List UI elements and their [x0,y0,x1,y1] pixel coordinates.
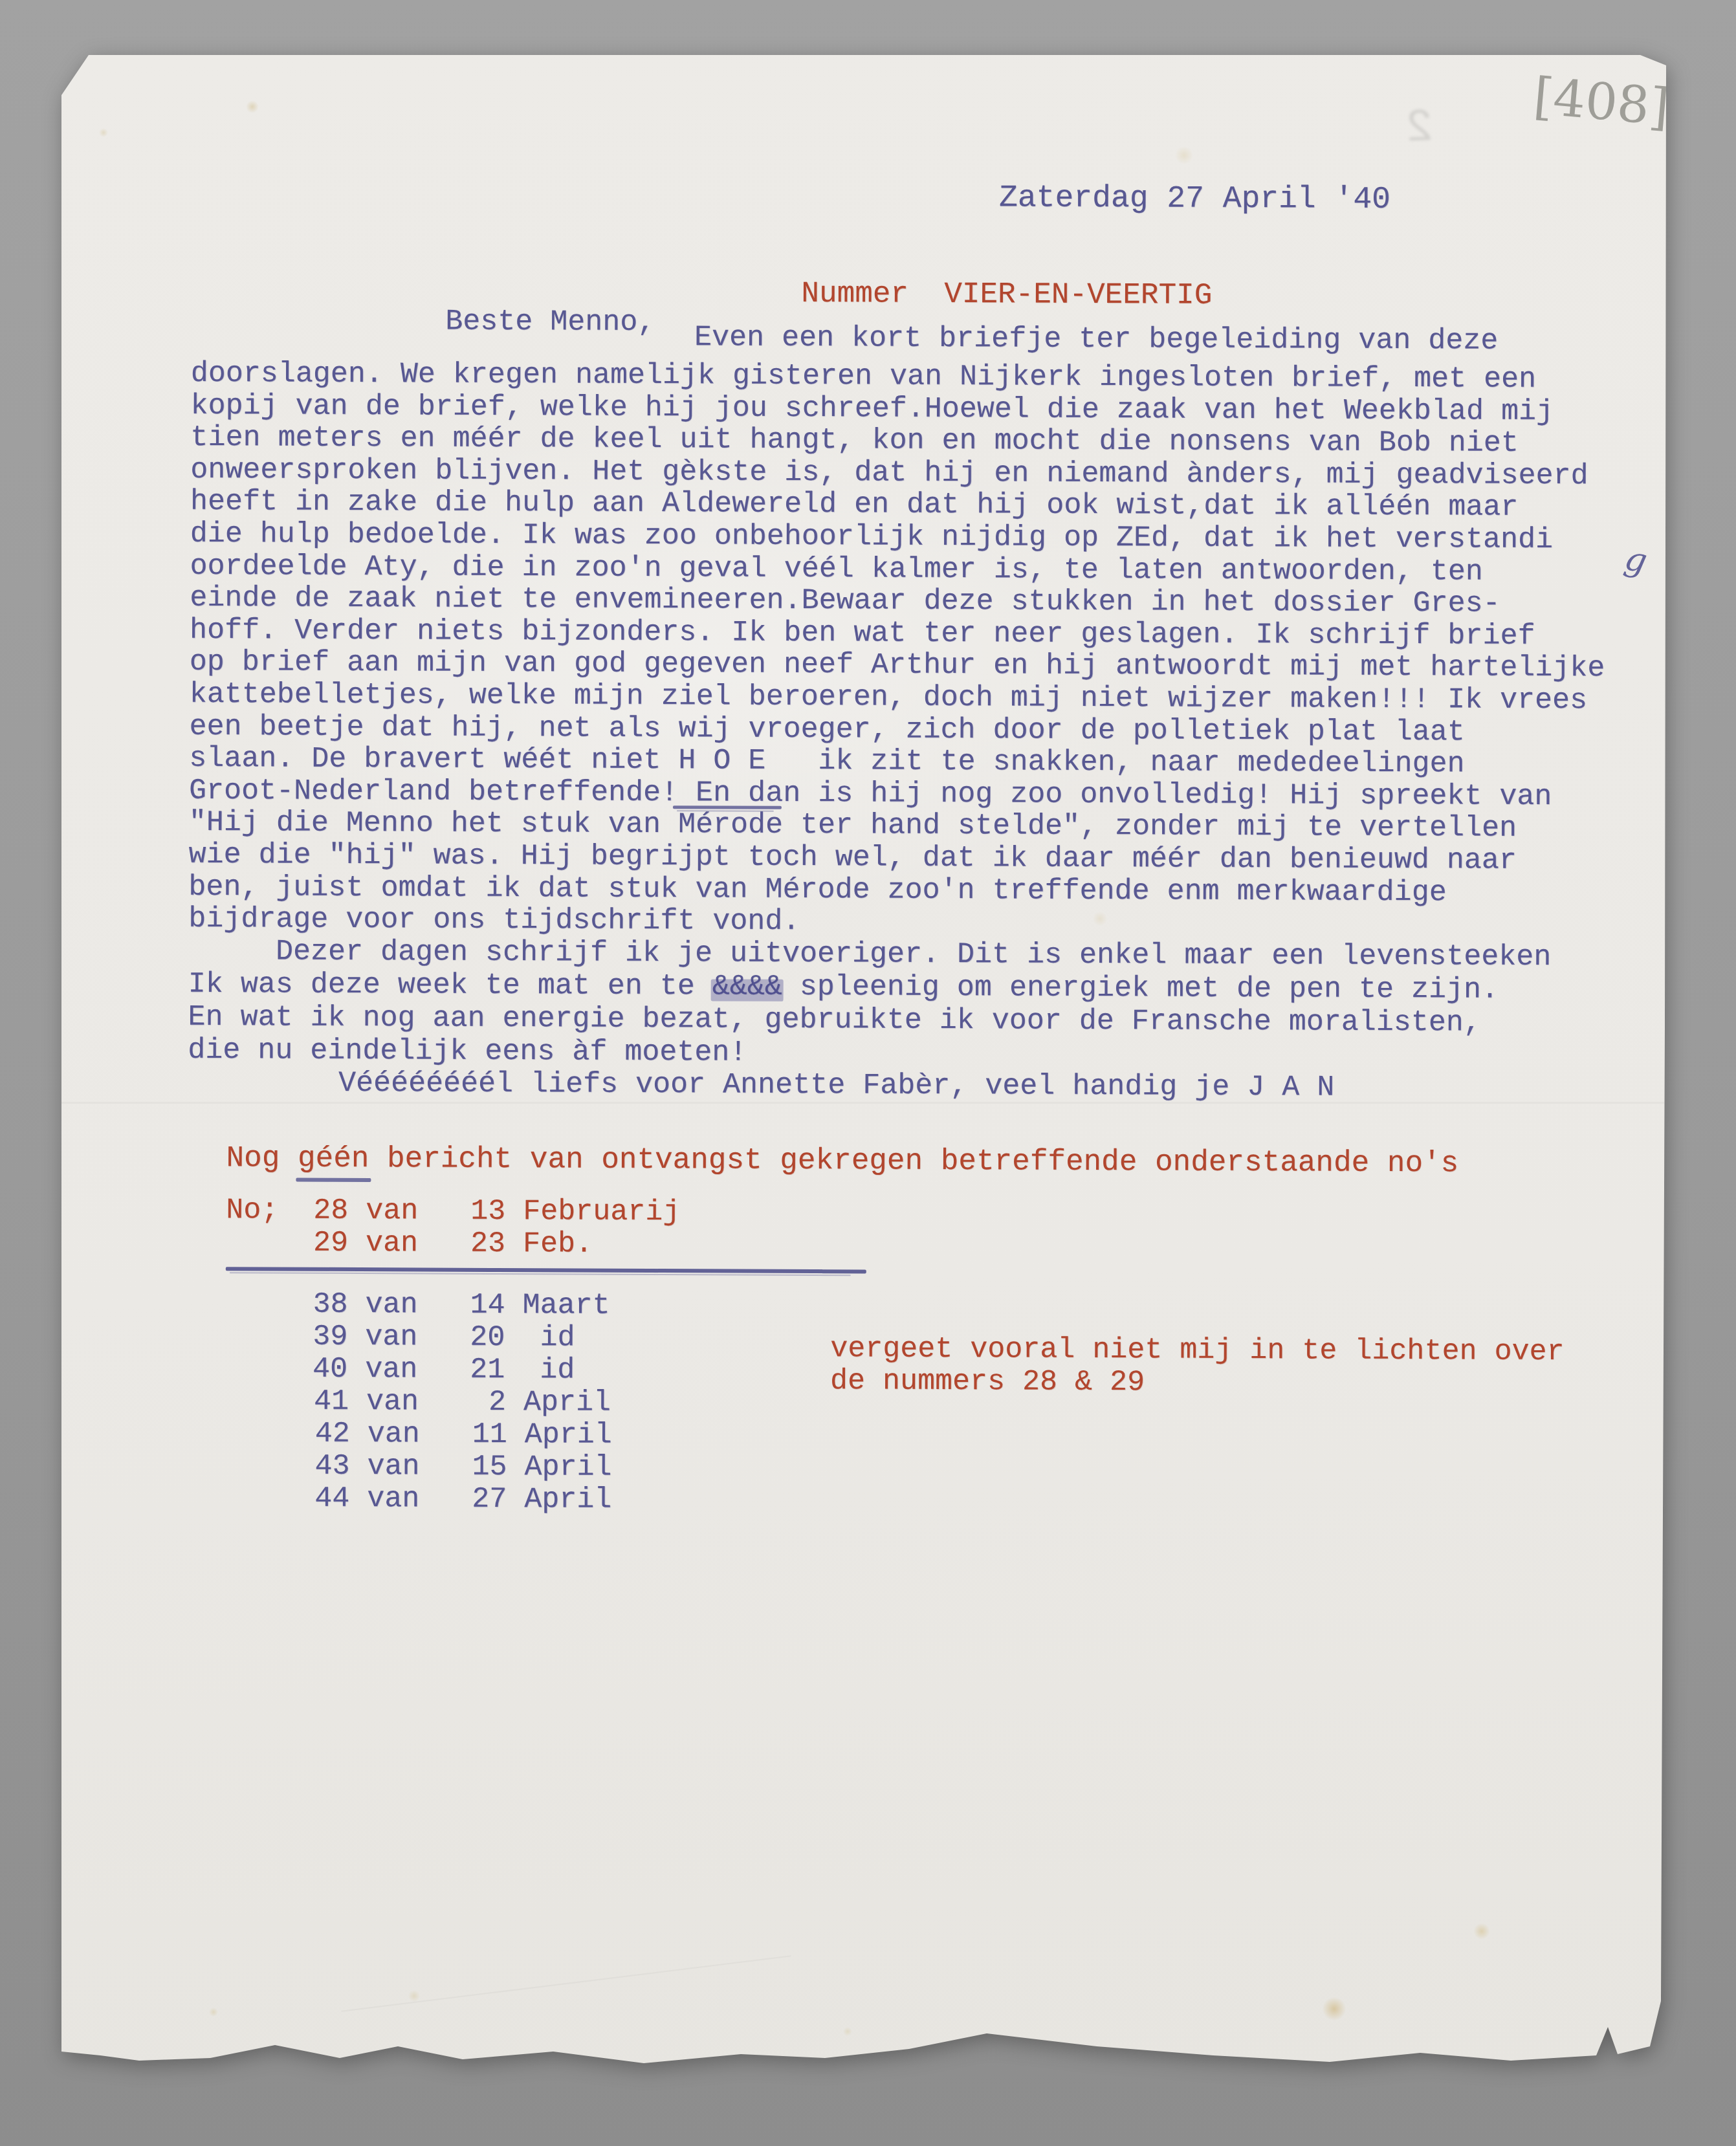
ghost-stamp: 2 [1394,103,1434,155]
paper-shadow-wrapper: 2 [408] Zaterdag 27 April '40 Nummer VIE… [0,0,1736,2146]
notice-heading: Nog géén bericht van ontvangst gekregen … [226,1141,1458,1180]
letter-date: Zaterdag 27 April '40 [999,181,1390,217]
overtyped-word-smudge [711,979,784,1001]
crease-diagonal [341,1955,791,2011]
typed-text-layer: Zaterdag 27 April '40 Nummer VIER-EN-VEE… [61,55,1666,62]
hoe-underline [673,805,782,809]
scanned-letter-page: { "page": { "background_color": "#9a9a9a… [0,0,1736,2146]
letter-number-heading: Nummer VIER-EN-VEERTIG [801,277,1212,312]
body-paragraph-2: Dezer dagen schrijf ik je uitvoeriger. D… [61,55,1666,62]
body-line: Dezer dagen schrijf ik je uitvoeriger. D… [188,936,1552,974]
notice-row-blue: 38 van 14 Maart [225,1288,610,1322]
crease-horizontal [61,1102,1666,1104]
body-paragraph-1: doorslagen. We kregen namelijk gisteren … [61,55,1666,62]
notice-row-red: 29 van 23 Feb. [226,1227,593,1260]
reminder-note-line2: de nummers 28 & 29 [830,1365,1145,1399]
notice-row-blue: 40 van 21 id [225,1353,575,1386]
reminder-note-line1: vergeet vooral niet mij in te lichten ov… [830,1333,1564,1368]
notice-table-blue: 38 van 14 Maart 39 van 20 id 40 van 21 i… [61,55,1666,62]
opening-line: Even een kort briefje ter begeleiding va… [694,322,1498,357]
body-line: En wat ik nog aan energie bezat, gebruik… [188,1002,1481,1039]
notice-row-blue: 39 van 20 id [225,1320,575,1354]
notice-row-blue: 42 van 11 April [228,1418,612,1451]
notice-row-blue: 44 van 27 April [227,1482,611,1516]
handwritten-g-insertion: g [1621,539,1651,582]
body-line: die nu eindelijk eens àf moeten! [188,1035,747,1069]
closing-line: Véééééééél liefs voor Annette Fabèr, vee… [338,1068,1334,1104]
notice-row-blue: 43 van 15 April [227,1450,611,1484]
geen-underline [296,1178,371,1183]
archive-number-annotation: [408] [1531,67,1671,137]
salutation: Beste Menno, [445,306,655,339]
notice-row-red: No; 28 van 13 Februarij [226,1194,680,1229]
notice-row-blue: 41 van 2 April [226,1385,611,1419]
letter-paper: 2 [408] Zaterdag 27 April '40 Nummer VIE… [61,55,1666,2086]
body-line: Ik was deze week te mat en te &&&& splee… [188,969,1499,1006]
body-line: bijdrage voor ons tijdschrift vond. [188,903,800,938]
